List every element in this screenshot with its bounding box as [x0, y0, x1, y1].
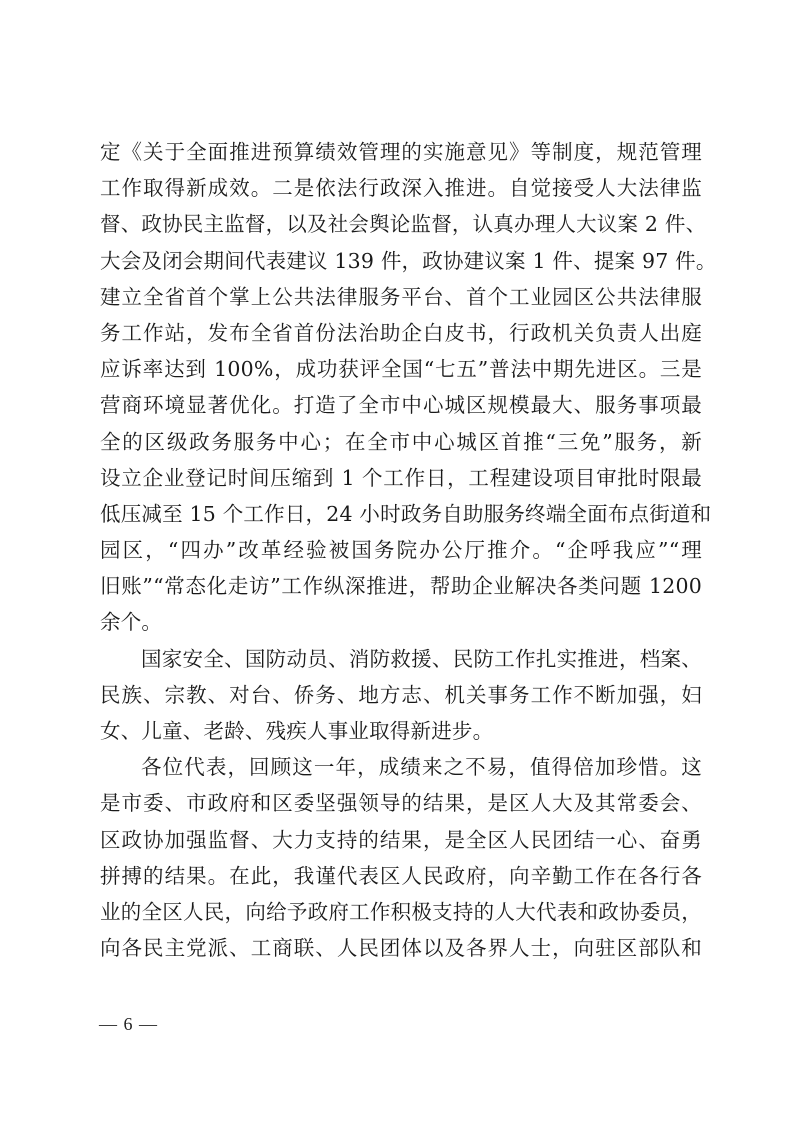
- text-line: 各位代表，回顾这一年，成绩来之不易，值得倍加珍惜。这: [100, 749, 702, 785]
- text-line: 是市委、市政府和区委坚强领导的结果，是区人大及其常委会、: [100, 785, 702, 821]
- text-line: 向各民主党派、工商联、人民团体以及各界人士，向驻区部队和: [100, 930, 702, 966]
- text-line: 工作取得新成效。二是依法行政深入推进。自觉接受人大法律监: [100, 170, 702, 206]
- paragraph-1: 定《关于全面推进预算绩效管理的实施意见》等制度，规范管理 工作取得新成效。二是依…: [100, 134, 702, 641]
- text-line: 旧账”“常态化走访”工作纵深推进，帮助企业解决各类问题 1200: [100, 568, 702, 604]
- text-line: 业的全区人民，向给予政府工作积极支持的人大代表和政协委员，: [100, 894, 702, 930]
- text-line: 设立企业登记时间压缩到 1 个工作日，工程建设项目审批时限最: [100, 460, 702, 496]
- paragraph-2: 国家安全、国防动员、消防救援、民防工作扎实推进，档案、 民族、宗教、对台、侨务、…: [100, 641, 702, 750]
- text-line: 区政协加强监督、大力支持的结果，是全区人民团结一心、奋勇: [100, 822, 702, 858]
- text-line: 拼搏的结果。在此，我谨代表区人民政府，向辛勤工作在各行各: [100, 858, 702, 894]
- body-text: 定《关于全面推进预算绩效管理的实施意见》等制度，规范管理 工作取得新成效。二是依…: [100, 134, 702, 966]
- text-line: 全的区级政务服务中心；在全市中心城区首推“三免”服务，新: [100, 424, 702, 460]
- text-line: 务工作站，发布全省首份法治助企白皮书，行政机关负责人出庭: [100, 315, 702, 351]
- text-line: 园区，“四办”改革经验被国务院办公厅推介。“企呼我应”“理: [100, 532, 702, 568]
- text-line: 督、政协民主监督，以及社会舆论监督，认真办理人大议案 2 件、: [100, 206, 702, 242]
- text-line: 民族、宗教、对台、侨务、地方志、机关事务工作不断加强，妇: [100, 677, 702, 713]
- text-line: 应诉率达到 100%，成功获评全国“七五”普法中期先进区。三是: [100, 351, 702, 387]
- text-line: 国家安全、国防动员、消防救援、民防工作扎实推进，档案、: [100, 641, 702, 677]
- text-line: 定《关于全面推进预算绩效管理的实施意见》等制度，规范管理: [100, 134, 702, 170]
- text-line: 低压减至 15 个工作日，24 小时政务自助服务终端全面布点街道和: [100, 496, 702, 532]
- document-page: 定《关于全面推进预算绩效管理的实施意见》等制度，规范管理 工作取得新成效。二是依…: [0, 0, 793, 1122]
- text-line: 建立全省首个掌上公共法律服务平台、首个工业园区公共法律服: [100, 279, 702, 315]
- paragraph-3: 各位代表，回顾这一年，成绩来之不易，值得倍加珍惜。这 是市委、市政府和区委坚强领…: [100, 749, 702, 966]
- page-number: — 6 —: [99, 1012, 158, 1036]
- text-line: 女、儿童、老龄、残疾人事业取得新进步。: [100, 713, 702, 749]
- text-line: 余个。: [100, 604, 702, 640]
- text-line: 营商环境显著优化。打造了全市中心城区规模最大、服务事项最: [100, 387, 702, 423]
- text-line: 大会及闭会期间代表建议 139 件，政协建议案 1 件、提案 97 件。: [100, 243, 702, 279]
